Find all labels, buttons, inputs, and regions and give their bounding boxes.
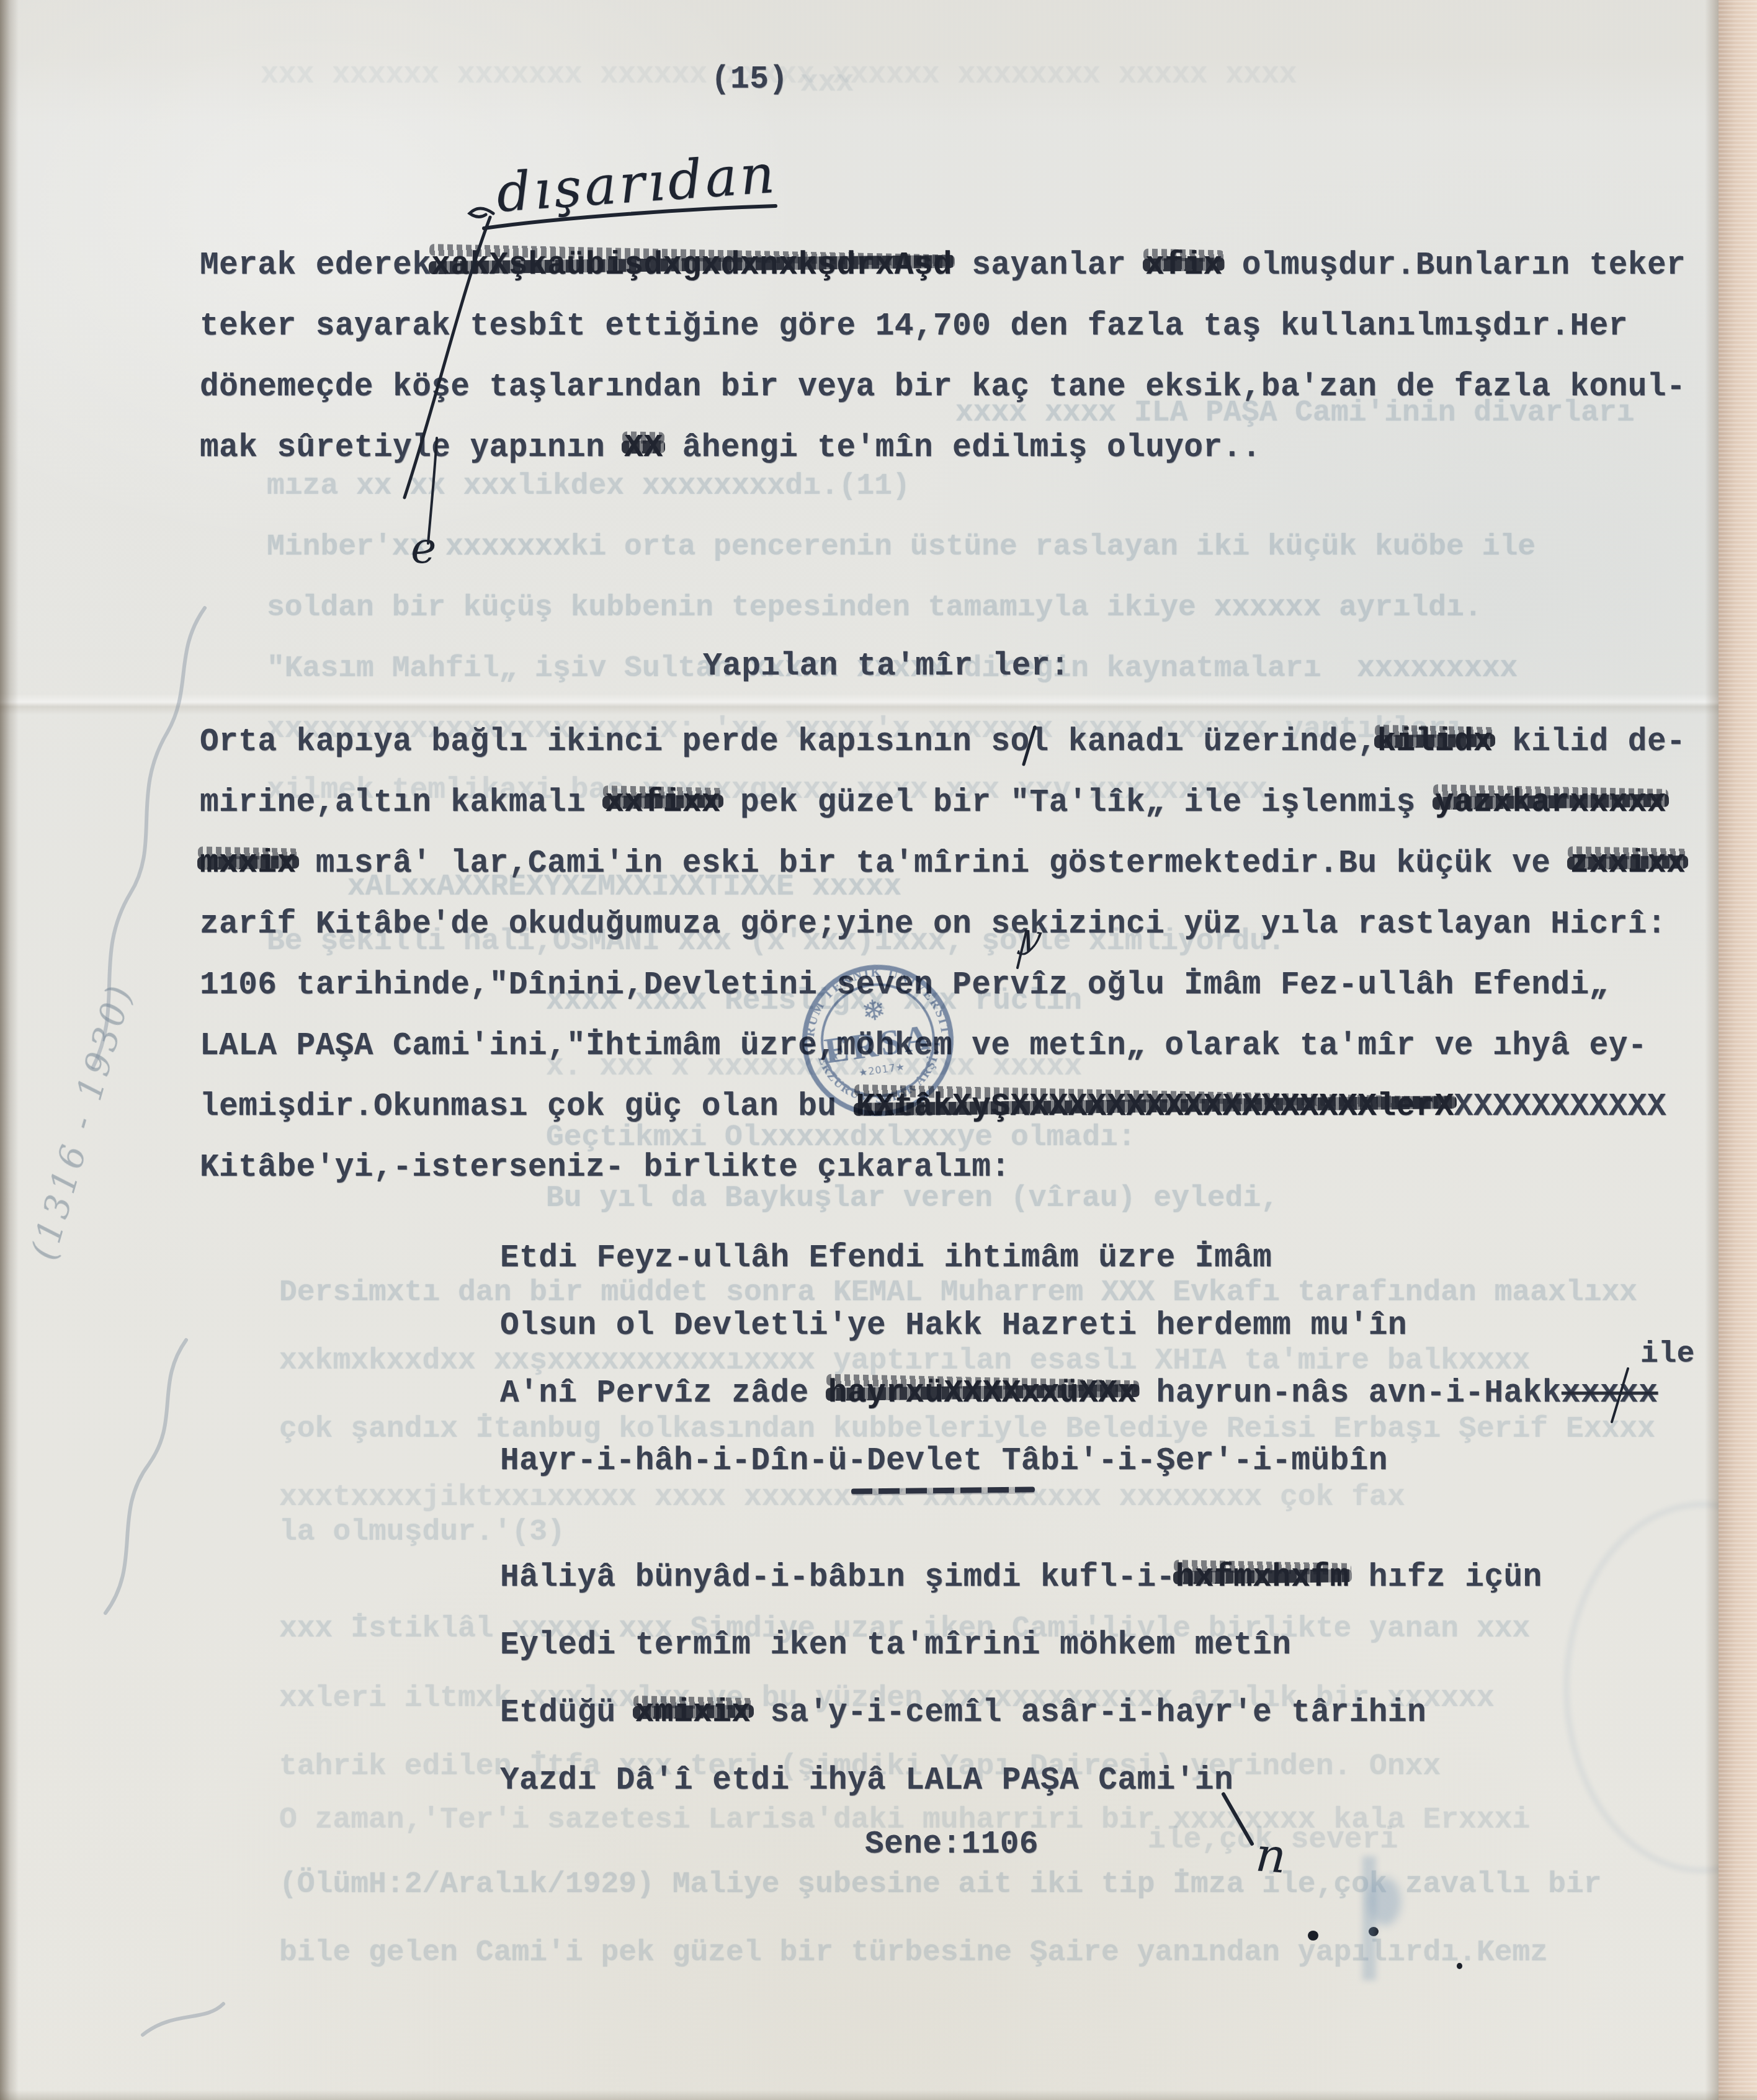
section-heading: Yapılan ta'mîr ler: [703,649,1070,686]
typed-text: Sene:1106 [865,1827,1039,1862]
typed-text: mirine,altın kakmalı [200,785,605,821]
ghost-bleed-line: Geçtikmxi Olxxxxxdxlxxxye olmadı: [546,1122,1136,1155]
typed-text: Olsun ol Devletli'ye Hakk Hazreti herdem… [500,1308,1407,1344]
margin-squiggles [93,608,223,2035]
star-icon: ★ [828,1047,841,1063]
poem1-line4: Hayr-i-hâh-i-Dîn-ü-Devlet Tâbi'-i-Şer'-i… [500,1444,1388,1480]
struck-text: kilidx [1377,725,1493,760]
typed-text: Kitâbe'yi,-isterseniz- birlikte çıkaralı… [200,1150,1010,1186]
poem2-line3: Etdüğü xmixix sa'y-i-cemîl asâr-i-hayr'e… [500,1696,1426,1732]
star-icon: ★ [918,1035,931,1051]
ghost-bleed-line: mıza xx xx xxxlikdex xxxxxxxxdı.(11) [267,470,910,503]
poem1-ile-superscript: ile [1640,1338,1695,1372]
typed-text: sa'y-i-cemîl asâr-i-hayr'e târihin [751,1696,1426,1731]
struck-text: zxxixx [1570,846,1686,882]
typed-text: Yazdı Dâ'î etdi ihyâ LALA PAŞA Cami'in [500,1763,1233,1798]
typed-text: kilid de- [1493,725,1686,760]
para1-line3: dönemeçde köşe taşlarından bir veya bir … [200,370,1686,406]
typed-text: dönemeçde köşe taşlarından bir veya bir … [200,370,1686,405]
para1-line1: Merak ederekxakXşkaübişdxgxdxnxkşdrxAşd … [200,248,1686,285]
ghost-bleed-line: Dersimxtı dan bir müddet sonra KEMAL Muh… [279,1277,1637,1310]
ghost-bleed-line: bile gelen Cami'i pek güzel bir türbesin… [279,1937,1548,1970]
ghost-bleed-line: xxx [800,67,854,100]
typed-text: hıfz içün [1349,1560,1542,1596]
ghost-bleed-line: xxxtxxxxjiktxxıxxxxx xxxx xxxxxxxxx xxxx… [279,1481,1405,1514]
poem1-line1: Etdi Feyz-ullâh Efendi ihtimâm üzre İmâm [500,1241,1272,1277]
ghost-bleed-line: soldan bir küçüş kubbenin tepesinden tam… [267,592,1482,625]
typed-text: âhengi te'mîn edilmiş oluyor.. [663,431,1261,466]
poem2-line1: Hâliyâ bünyâd-i-bâbın şimdi kufl-i-hxfmx… [500,1560,1542,1597]
typed-text: hayrun-nâs avn-i-Hakk [1137,1376,1561,1411]
typed-text: Eyledi termîm iken ta'mîrini möhkem metî… [500,1628,1291,1663]
typed-text: Hâliyâ bünyâd-i-bâbın şimdi kufl-i- [500,1560,1176,1596]
para2-line4: zarîf Kitâbe'de okuduğumuza göre;yine on… [200,907,1666,944]
para2-line8: Kitâbe'yi,-isterseniz- birlikte çıkaralı… [200,1150,1010,1187]
para2-line3: mxxix mısrâ' lar,Cami'in eski bir ta'mîr… [200,846,1686,883]
struck-text: xakXşkaübişdxgxdxnxkşdrxAşd [431,248,952,284]
arrow-head [470,208,493,217]
left-edge-shadow [0,0,19,2100]
typed-text: (15) [711,62,788,97]
struck-text: hayrxüXXXXxxüXXx [828,1376,1137,1411]
fold-crease [0,694,1757,715]
ink-dot [1308,1931,1318,1941]
struck-text: xmixix [635,1696,751,1731]
typed-text: teker sayarak tesbît ettiğine göre 14,70… [200,309,1628,344]
typed-text: sayanlar [952,248,1145,284]
ghost-bleed-line: Minber'xx xxxxxxxki orta pencerenin üstü… [267,531,1536,564]
para2-line1: Orta kapıya bağlı ikinci perde kapısının… [200,725,1686,761]
handwritten-insertion-word: dışarıdan [494,143,779,224]
para2-line2: mirine,altın kakmalı xxfixx pek güzel bi… [200,785,1666,822]
typed-text: mısrâ' lar,Cami'in eski bir ta'mîrini gö… [297,846,1570,882]
handwritten-letter-n: n [1254,1826,1288,1883]
typed-text: XXXXXXXXXXX [1454,1089,1666,1125]
poem2-line2: Eyledi termîm iken ta'mîrini möhkem metî… [500,1628,1291,1664]
ghost-bleed-line: (ÖlümH:2/Aralık/1929) Maliye şubesine ai… [279,1869,1602,1901]
ink-dot [1457,1963,1462,1969]
sene-line: Sene:1106 [865,1827,1039,1864]
margin-pencil-note: (1316 - 1930) [24,978,141,1264]
typed-text: mak sûretiyle yapının [200,431,624,466]
typed-text: olmuşdur.Bunların teker [1223,248,1686,284]
ghost-bleed-line: çok şandıx İtanbug kolkasından kubbeleri… [279,1413,1655,1446]
typed-text: Merak ederek [200,248,431,284]
struck-text: xxxxx [1562,1376,1658,1411]
struck-text: hxfmxhxfm [1176,1560,1349,1596]
ghost-bleed-line: la olmuşdur.'(3) [279,1516,565,1549]
struck-text: yazxkarxxxxx [1435,785,1666,821]
backing-surface [1719,0,1757,2100]
typed-text: zarîf Kitâbe'de okuduğumuza göre;yine on… [200,907,1666,942]
struck-text: xxfixx [605,785,721,821]
struck-text: mxxix [200,846,297,882]
handwritten-letter-e: e [411,522,436,573]
typed-text: Orta kapıya bağlı ikinci perde kapısının… [200,725,1377,760]
page-number: (15) [711,62,788,99]
poem1-line2: Olsun ol Devletli'ye Hakk Hazreti herdem… [500,1308,1407,1345]
ghost-bleed-line: xxkmxkxxdxx xxşxxxxxxxxxxıxxxx yaptırıla… [279,1345,1530,1378]
struck-text: xfix [1145,248,1222,284]
para1-line4: mak sûretiyle yapının XX âhengi te'mîn e… [200,431,1261,467]
typed-text: Hayr-i-hâh-i-Dîn-ü-Devlet Tâbi'-i-Şer'-i… [500,1444,1388,1479]
para1-line2: teker sayarak tesbît ettiğine göre 14,70… [200,309,1628,346]
document-page: xxx xxxxxx xxxxxxx xxxxxx xxxxx xxxxxx x… [0,0,1757,2100]
bottom-edge-shadow [0,2090,1757,2100]
struck-text: XX [624,431,663,466]
blue-smudge-blob [1369,1877,1401,1926]
typed-text: A'nî Pervîz zâde [500,1376,828,1411]
poem2-line4: Yazdı Dâ'î etdi ihyâ LALA PAŞA Cami'in [500,1763,1233,1800]
page-edge-shadow [1705,0,1719,2100]
typed-text: Yapılan ta'mîr ler: [703,649,1070,684]
typed-text: pek güzel bir "Ta'lîk„ ile işlenmiş [721,785,1435,821]
typed-text: Etdüğü [500,1696,635,1731]
typed-text: lemişdir.Okunması çok güç olan bu [200,1089,856,1125]
poem1-line3: A'nî Pervîz zâde hayrxüXXXXxxüXXx hayrun… [500,1376,1658,1413]
typed-text: Etdi Feyz-ullâh Efendi ihtimâm üzre İmâm [500,1241,1272,1276]
archive-stamp: ERZURUM TEKNİK ÜNİVERSİTESİ ERZURUM ŞEHİ… [790,953,965,1128]
ghost-bleed-line: Bu yıl da Baykuşlar veren (vîrau) eyledi… [546,1182,1279,1215]
typed-text: ile [1640,1338,1695,1371]
